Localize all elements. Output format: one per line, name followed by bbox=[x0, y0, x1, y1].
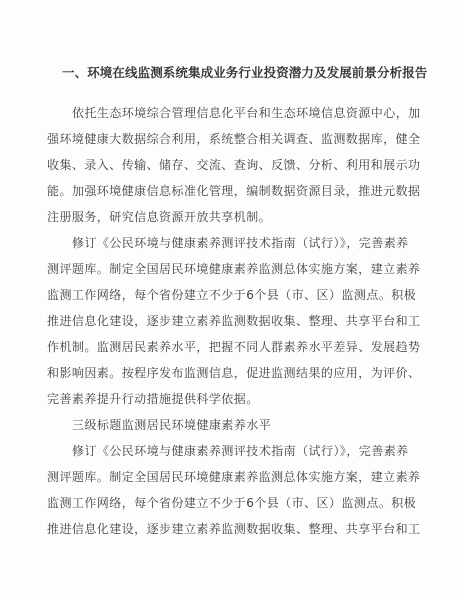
document-page: 一、环境在线监测系统集成业务行业投资潜力及发展前景分析报告 依托生态环境综合管理… bbox=[0, 0, 463, 600]
text-line: 注册服务，研究信息资源开放共享机制。 bbox=[47, 204, 427, 230]
text-line: 作机制。监测居民素养水平，把握不同人群素养水平差异、发展趋势 bbox=[47, 334, 427, 360]
text-line: 收集、录入、传输、储存、交流、查询、反馈、分析、利用和展示功 bbox=[47, 152, 427, 178]
text-line: 能。加强环境健康信息标准化管理，编制数据资源目录，推进元数据 bbox=[47, 178, 427, 204]
text-line: 推进信息化建设，逐步建立素养监测数据收集、整理、共享平台和工 bbox=[47, 308, 427, 334]
text-line: 修订《公民环境与健康素养测评技术指南（试行）》，完善素养 bbox=[47, 438, 427, 464]
text-line: 推进信息化建设，逐步建立素养监测数据收集、整理、共享平台和工 bbox=[47, 516, 427, 542]
text-line: 监测工作网络，每个省份建立不少于6个县（市、区）监测点。积极 bbox=[47, 490, 427, 516]
document-body: 依托生态环境综合管理信息化平台和生态环境信息资源中心，加 强环境健康大数据综合利… bbox=[47, 100, 427, 542]
document-title: 一、环境在线监测系统集成业务行业投资潜力及发展前景分析报告 bbox=[62, 64, 442, 81]
text-line: 测评题库。制定全国居民环境健康素养监测总体实施方案，建立素养 bbox=[47, 464, 427, 490]
text-line: 和影响因素。按程序发布监测信息，促进监测结果的应用，为评价、 bbox=[47, 360, 427, 386]
text-line: 强环境健康大数据综合利用，系统整合相关调查、监测数据库，健全 bbox=[47, 126, 427, 152]
text-line: 三级标题监测居民环境健康素养水平 bbox=[47, 412, 427, 438]
text-line: 监测工作网络，每个省份建立不少于6个县（市、区）监测点。积极 bbox=[47, 282, 427, 308]
text-line: 依托生态环境综合管理信息化平台和生态环境信息资源中心，加 bbox=[47, 100, 427, 126]
text-line: 测评题库。制定全国居民环境健康素养监测总体实施方案，建立素养 bbox=[47, 256, 427, 282]
text-line: 完善素养提升行动措施提供科学依据。 bbox=[47, 386, 427, 412]
text-line: 修订《公民环境与健康素养测评技术指南（试行）》，完善素养 bbox=[47, 230, 427, 256]
